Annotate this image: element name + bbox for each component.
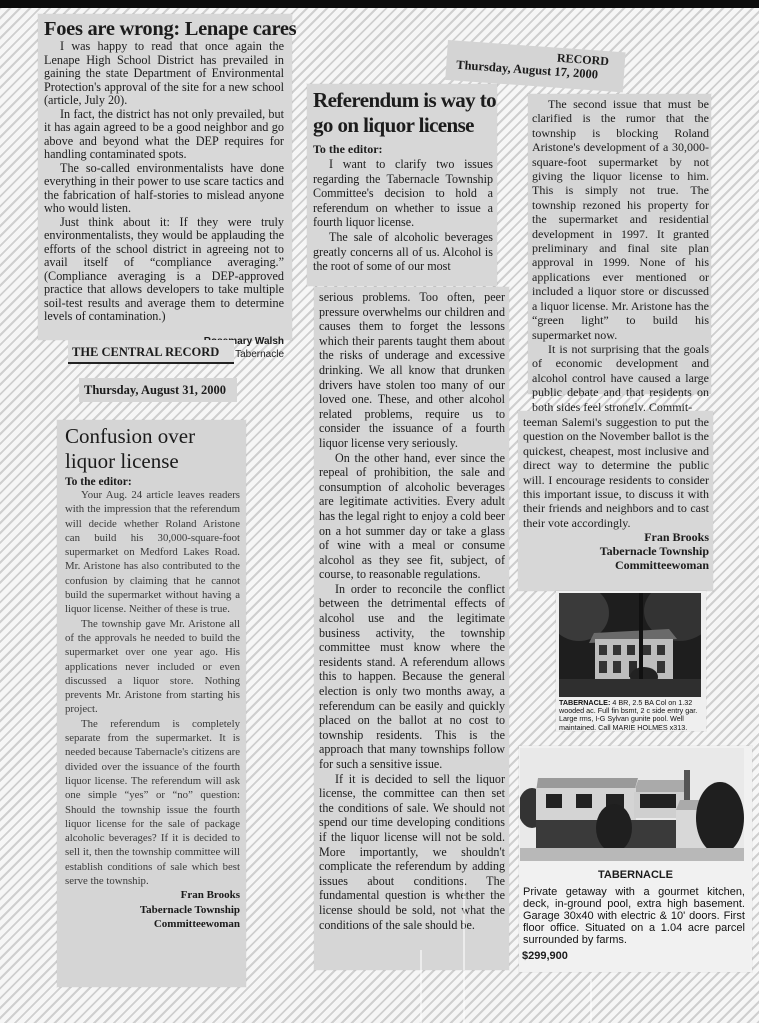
- letter-referendum-paragraph: The second issue that must be clarified …: [532, 97, 709, 342]
- letter-referendum-paragraph: The sale of alcoholic beverages greatly …: [313, 230, 493, 274]
- letter-confusion-paragraph: Your Aug. 24 article leaves readers with…: [65, 488, 240, 617]
- scan-crease: [463, 880, 465, 1023]
- ad-getaway-description: Private getaway with a gourmet kitchen, …: [523, 886, 745, 946]
- ad-getaway-price: $299,900: [522, 950, 568, 962]
- ad-getaway-title: TABERNACLE: [519, 869, 752, 881]
- letter-confusion-signature-name: Fran Brooks: [65, 888, 240, 903]
- scan-top-edge: [0, 0, 759, 8]
- letter-referendum-paragraph: serious problems. Too often, peer pressu…: [319, 290, 505, 451]
- letter-referendum-signature-name: Fran Brooks: [523, 530, 709, 544]
- real-estate-ad-getaway: TABERNACLE Private getaway with a gourme…: [519, 746, 752, 972]
- letter-referendum-head-clipping: Referendum is way to go on liquor licens…: [307, 84, 497, 286]
- central-record-masthead: THE CENTRAL RECORD: [68, 340, 234, 364]
- letter-referendum-headline: Referendum is way to go on liquor licens…: [313, 88, 493, 138]
- letter-confusion-paragraph: The township gave Mr. Aristone all of th…: [65, 617, 240, 717]
- letter-foes-paragraph: I was happy to read that once again the …: [44, 40, 284, 108]
- letter-referendum-salutation: To the editor:: [313, 142, 493, 157]
- letter-referendum-body-clipping: serious problems. Too often, peer pressu…: [314, 287, 509, 970]
- letter-confusion-salutation: To the editor:: [65, 476, 240, 488]
- house-photo-getaway: [520, 748, 744, 861]
- letter-referendum-paragraph: I want to clarify two issues regarding t…: [313, 157, 493, 230]
- house-image: [520, 748, 744, 861]
- letter-confusion-clipping: Confusion over liquor license To the edi…: [57, 420, 246, 987]
- dateline-aug-31: Thursday, August 31, 2000: [79, 378, 237, 402]
- letter-foes-paragraph: In fact, the district has not only preva…: [44, 108, 284, 162]
- house-photo-colonial: [559, 593, 701, 697]
- scan-crease: [420, 950, 422, 1023]
- letter-referendum-signature-title: Committeewoman: [523, 558, 709, 572]
- headline-text: Referendum is way to go on liquor licens…: [313, 88, 498, 138]
- letter-referendum-paragraph: On the other hand, ever since the repeal…: [319, 451, 505, 582]
- letter-referendum-paragraph: It is not surprising that the goals of e…: [532, 342, 709, 414]
- letter-referendum-paragraph: In order to reconcile the conflict betwe…: [319, 582, 505, 772]
- letter-foes-headline: Foes are wrong: Lenape cares: [44, 18, 284, 40]
- letter-foes-clipping: Foes are wrong: Lenape cares I was happy…: [38, 14, 292, 340]
- letter-referendum-paragraph: If it is decided to sell the liquor lice…: [319, 772, 505, 933]
- letter-referendum-continuation-clipping: The second issue that must be clarified …: [528, 94, 711, 394]
- house-image: [559, 593, 701, 697]
- letter-confusion-signature-org: Tabernacle Township: [65, 903, 240, 918]
- letter-confusion-signature-title: Committeewoman: [65, 917, 240, 932]
- letter-foes-paragraph: The so-called environmentalists have don…: [44, 162, 284, 216]
- letter-confusion-paragraph: The referendum is completely separate fr…: [65, 717, 240, 889]
- letter-referendum-paragraph: teeman Salemi's suggestion to put the qu…: [523, 415, 709, 530]
- letter-referendum-signature-org: Tabernacle Township: [523, 544, 709, 558]
- letter-confusion-headline: Confusion over liquor license: [65, 424, 240, 474]
- letter-referendum-ending-clipping: teeman Salemi's suggestion to put the qu…: [518, 411, 713, 591]
- ad-colonial-caption: TABERNACLE: 4 BR, 2.5 BA Col on 1.32 woo…: [559, 699, 705, 732]
- letter-foes-paragraph: Just think about it: If they were truly …: [44, 216, 284, 324]
- real-estate-ad-colonial: TABERNACLE: 4 BR, 2.5 BA Col on 1.32 woo…: [556, 591, 706, 731]
- scan-crease: [590, 980, 592, 1023]
